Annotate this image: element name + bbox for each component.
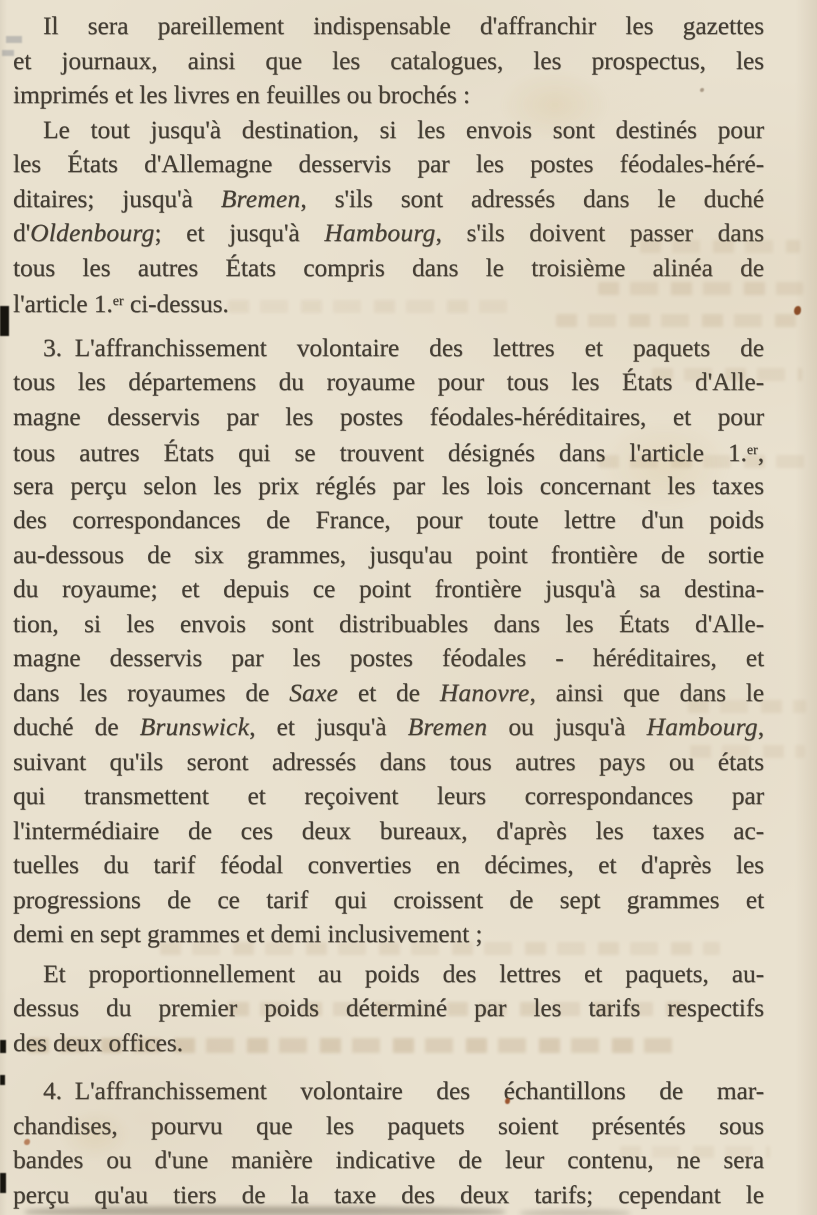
scanned-document-page: Il sera pareillement indispensable d'aff… <box>0 0 817 1215</box>
text-line: duché de Brunswick, et jusqu'à Bremen ou… <box>13 710 764 745</box>
text-line: Il sera pareillement indispensable d'aff… <box>13 9 764 44</box>
text-line: des correspondances de France, pour tout… <box>13 503 764 538</box>
text-line: imprimés et les livres en feuilles ou br… <box>13 78 764 113</box>
text-line: qui transmettent et reçoivent leurs corr… <box>13 779 764 814</box>
text-line: tous les autres États compris dans le tr… <box>13 251 764 286</box>
text-line: sera perçu selon les prix réglés par les… <box>13 469 764 504</box>
scan-artifact <box>0 1173 6 1193</box>
text-line: tous autres États qui se trouvent désign… <box>13 434 764 469</box>
text-line: magne desservis par les postes féodales … <box>13 641 764 676</box>
text-line: et journaux, ainsi que les catalogues, l… <box>13 44 764 79</box>
text-line: l'intermédiaire de ces deux bureaux, d'a… <box>13 814 764 849</box>
text-line: tous les départemens du royaume pour tou… <box>13 365 764 400</box>
scan-artifact <box>0 1040 6 1053</box>
text-line: d'Oldenbourg; et jusqu'à Hambourg, s'ils… <box>13 216 764 251</box>
cutoff-line-smudge <box>520 1210 630 1215</box>
text-line: les États d'Allemagne desservis par les … <box>13 147 764 182</box>
text-line: tuelles du tarif féodal converties en dé… <box>13 848 764 883</box>
text-line: dans les royaumes de Saxe et de Hanovre,… <box>13 676 764 711</box>
text-line: demi en sept grammes et demi inclusiveme… <box>13 917 764 952</box>
text-line: Et proportionnellement au poids des lett… <box>13 957 764 992</box>
text-line: tion, si les envois sont distribuables d… <box>13 607 764 642</box>
text-line: dessus du premier poids déterminé par le… <box>13 991 764 1026</box>
cutoff-line-smudge <box>25 1207 505 1215</box>
text-line: suivant qu'ils seront adressés dans tous… <box>13 745 764 780</box>
text-block: Il sera pareillement indispensable d'aff… <box>13 9 764 1212</box>
text-line: des deux offices. <box>13 1026 764 1061</box>
scan-artifact <box>0 306 9 336</box>
text-line: au-dessous de six grammes, jusqu'au poin… <box>13 538 764 573</box>
text-line: 3. L'affranchissement volontaire des let… <box>13 331 764 366</box>
text-line: du royaume; et depuis ce point frontière… <box>13 572 764 607</box>
text-line: Le tout jusqu'à destination, si les envo… <box>13 113 764 148</box>
text-line: magne desservis par les postes féodales-… <box>13 400 764 435</box>
text-line: ditaires; jusqu'à Bremen, s'ils sont adr… <box>13 182 764 217</box>
text-line: progressions de ce tarif qui croissent d… <box>13 883 764 918</box>
scan-artifact <box>0 1075 5 1085</box>
text-line: l'article 1.er ci-dessus. <box>13 285 764 320</box>
text-line: chandises, pourvu que les paquets soient… <box>13 1109 764 1144</box>
text-line: bandes ou d'une manière indicative de le… <box>13 1143 764 1178</box>
text-line: 4. L'affranchissement volontaire des éch… <box>13 1074 764 1109</box>
